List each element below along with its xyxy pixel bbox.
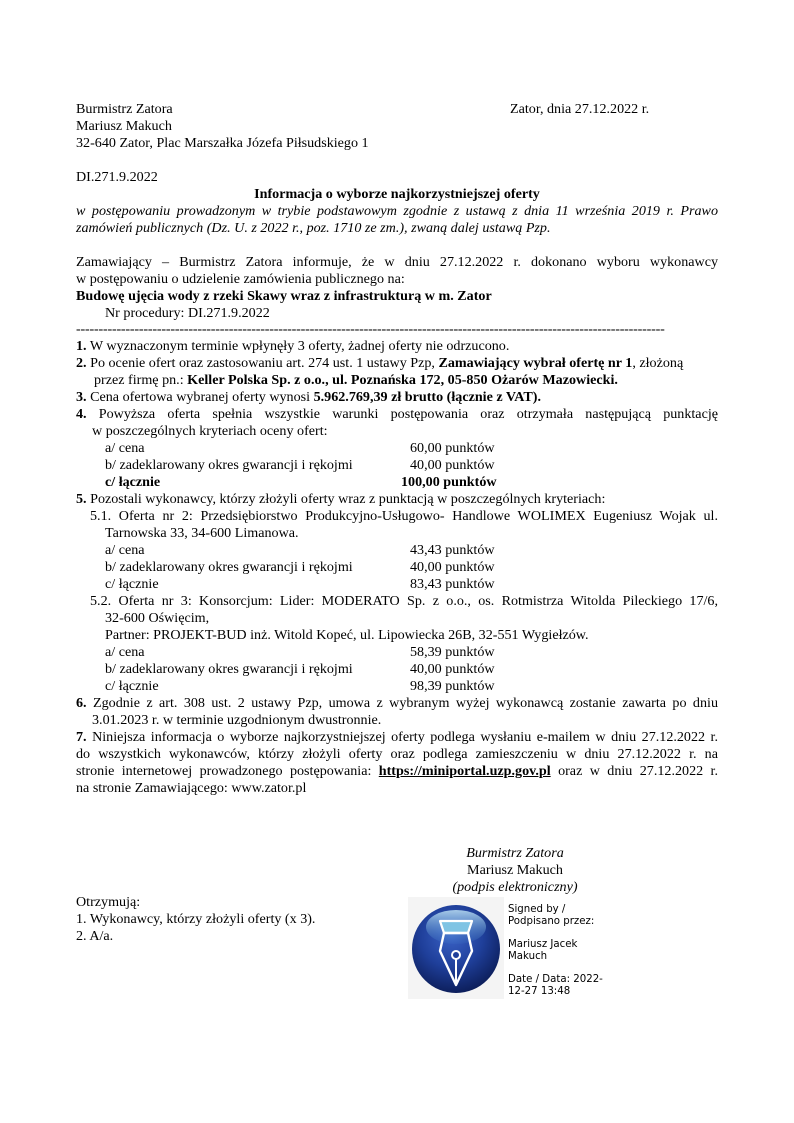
offer-2-line-1: 5.1. Oferta nr 2: Przedsiębiorstwo Produ… xyxy=(90,508,718,525)
point-2-text-end: , złożoną xyxy=(632,355,683,371)
criterion-label: a/ cena xyxy=(105,644,145,661)
intro-line-2: w postępowaniu o udzielenie zamówienia p… xyxy=(76,271,405,288)
point-1-number: 1. xyxy=(76,338,87,354)
winning-company: Keller Polska Sp. z o.o., ul. Poznańska … xyxy=(187,372,618,388)
point-6-line-2: 3.01.2023 r. w terminie uzgodnionym dwus… xyxy=(92,712,381,729)
document-date: Zator, dnia 27.12.2022 r. xyxy=(510,101,649,118)
point-7-line-3: stronie internetowej prowadzonego postęp… xyxy=(76,763,718,780)
point-2-number: 2. xyxy=(76,355,87,371)
project-name: Budowę ujęcia wody z rzeki Skawy wraz z … xyxy=(76,288,492,305)
criterion-value: 60,00 punktów xyxy=(410,440,495,457)
sender-office: Burmistrz Zatora xyxy=(76,101,173,118)
point-4-number: 4. xyxy=(76,406,87,422)
criterion-label: b/ zadeklarowany okres gwarancji i rękoj… xyxy=(105,457,353,474)
offer-2-line-2: Tarnowska 33, 34-600 Limanowa. xyxy=(105,525,299,542)
separator: ----------------------------------------… xyxy=(76,321,708,338)
criterion-value: 40,00 punktów xyxy=(410,457,495,474)
sender-name: Mariusz Makuch xyxy=(76,118,172,135)
criterion-value: 40,00 punktów xyxy=(410,661,495,678)
signer-name: Mariusz Jacek xyxy=(508,939,603,951)
point-2-line-1: 2. Po ocenie ofert oraz zastosowaniu art… xyxy=(76,355,683,372)
subtitle-line-1: w postępowaniu prowadzonym w trybie pods… xyxy=(76,203,718,220)
point-2-line-2: przez firmę pn.: Keller Polska Sp. z o.o… xyxy=(94,372,618,389)
recipient-item: 1. Wykonawcy, którzy złożyli oferty (x 3… xyxy=(76,911,315,928)
signature-name: Mariusz Makuch xyxy=(400,862,630,879)
point-7-line-2: do wszystkich wykonawców, którzy złożyli… xyxy=(76,746,718,763)
offer-price: 5.962.769,39 zł brutto (łącznie z VAT). xyxy=(314,389,541,405)
signed-by-label: Signed by / xyxy=(508,904,603,916)
offer-3-line-3: Partner: PROJEKT-BUD inż. Witold Kopeć, … xyxy=(105,627,589,644)
point-7-text-b: oraz w dniu 27.12.2022 r. xyxy=(551,763,718,779)
miniportal-link[interactable]: https://miniportal.uzp.gov.pl xyxy=(379,763,551,779)
point-6-line-1: 6. Zgodnie z art. 308 ust. 2 ustawy Pzp,… xyxy=(76,695,718,712)
signature-date: Date / Data: 2022- xyxy=(508,974,603,986)
point-7-line-1: 7. Niniejsza informacja o wyborze najkor… xyxy=(76,729,718,746)
signature-details: Signed by / Podpisano przez: Mariusz Jac… xyxy=(508,904,603,997)
signature-seal xyxy=(408,897,504,999)
offer-3-line-1: 5.2. Oferta nr 3: Konsorcjum: Lider: MOD… xyxy=(90,593,718,610)
point-4-line-1: 4. Powyższa oferta spełnia wszystkie war… xyxy=(76,406,718,423)
criterion-value: 43,43 punktów xyxy=(410,542,495,559)
criterion-value: 58,39 punktów xyxy=(410,644,495,661)
signature-title: Burmistrz Zatora xyxy=(400,845,630,862)
point-6-text: Zgodnie z art. 308 ust. 2 ustawy Pzp, um… xyxy=(87,695,718,711)
intro-line-1: Zamawiający – Burmistrz Zatora informuje… xyxy=(76,254,718,271)
signature-note: (podpis elektroniczny) xyxy=(400,879,630,896)
point-6-number: 6. xyxy=(76,695,87,711)
point-7-line-4: na stronie Zamawiającego: www.zator.pl xyxy=(76,780,306,797)
point-5-text: Pozostali wykonawcy, którzy złożyli ofer… xyxy=(87,491,606,507)
recipients-heading: Otrzymują: xyxy=(76,894,140,911)
document-title: Informacja o wyborze najkorzystniejszej … xyxy=(76,186,718,203)
criterion-label: b/ zadeklarowany okres gwarancji i rękoj… xyxy=(105,661,353,678)
point-4-text: Powyższa oferta spełnia wszystkie warunk… xyxy=(87,406,718,422)
reference-number: DI.271.9.2022 xyxy=(76,169,158,186)
offer-3-line-2: 32-600 Oświęcim, xyxy=(105,610,209,627)
point-1-text: W wyznaczonym terminie wpłynęły 3 oferty… xyxy=(87,338,510,354)
procedure-number: Nr procedury: DI.271.9.2022 xyxy=(105,305,270,322)
criterion-label: a/ cena xyxy=(105,440,145,457)
signature-time: 12-27 13:48 xyxy=(508,986,603,998)
criterion-value: 83,43 punktów xyxy=(410,576,495,593)
point-4-line-2: w poszczególnych kryteriach oceny ofert: xyxy=(92,423,328,440)
recipient-item: 2. A/a. xyxy=(76,928,113,945)
point-1: 1. W wyznaczonym terminie wpłynęły 3 ofe… xyxy=(76,338,509,355)
criterion-label: a/ cena xyxy=(105,542,145,559)
criterion-total-value: 100,00 punktów xyxy=(401,474,497,491)
sender-address: 32-640 Zator, Plac Marszałka Józefa Piłs… xyxy=(76,135,369,152)
criterion-value: 98,39 punktów xyxy=(410,678,495,695)
point-3-text: Cena ofertowa wybranej oferty wynosi xyxy=(87,389,314,405)
selected-offer: Zamawiający wybrał ofertę nr 1 xyxy=(438,355,632,371)
point-3: 3. Cena ofertowa wybranej oferty wynosi … xyxy=(76,389,541,406)
point-7-text-a: stronie internetowej prowadzonego postęp… xyxy=(76,763,379,779)
criterion-total-label: c/ łącznie xyxy=(105,474,160,491)
criterion-label: c/ łącznie xyxy=(105,678,159,695)
point-7-number: 7. xyxy=(76,729,87,745)
fountain-pen-nib-icon xyxy=(408,897,504,999)
point-5: 5. Pozostali wykonawcy, którzy złożyli o… xyxy=(76,491,605,508)
criterion-value: 40,00 punktów xyxy=(410,559,495,576)
subtitle-line-2: zamówień publicznych (Dz. U. z 2022 r., … xyxy=(76,220,551,237)
point-7-text: Niniejsza informacja o wyborze najkorzys… xyxy=(87,729,718,745)
criterion-label: b/ zadeklarowany okres gwarancji i rękoj… xyxy=(105,559,353,576)
criterion-label: c/ łącznie xyxy=(105,576,159,593)
point-3-number: 3. xyxy=(76,389,87,405)
point-2-firm-label: przez firmę pn.: xyxy=(94,372,187,388)
point-2-text: Po ocenie ofert oraz zastosowaniu art. 2… xyxy=(87,355,439,371)
signed-by-label-pl: Podpisano przez: xyxy=(508,916,603,928)
point-5-number: 5. xyxy=(76,491,87,507)
signer-surname: Makuch xyxy=(508,951,603,963)
